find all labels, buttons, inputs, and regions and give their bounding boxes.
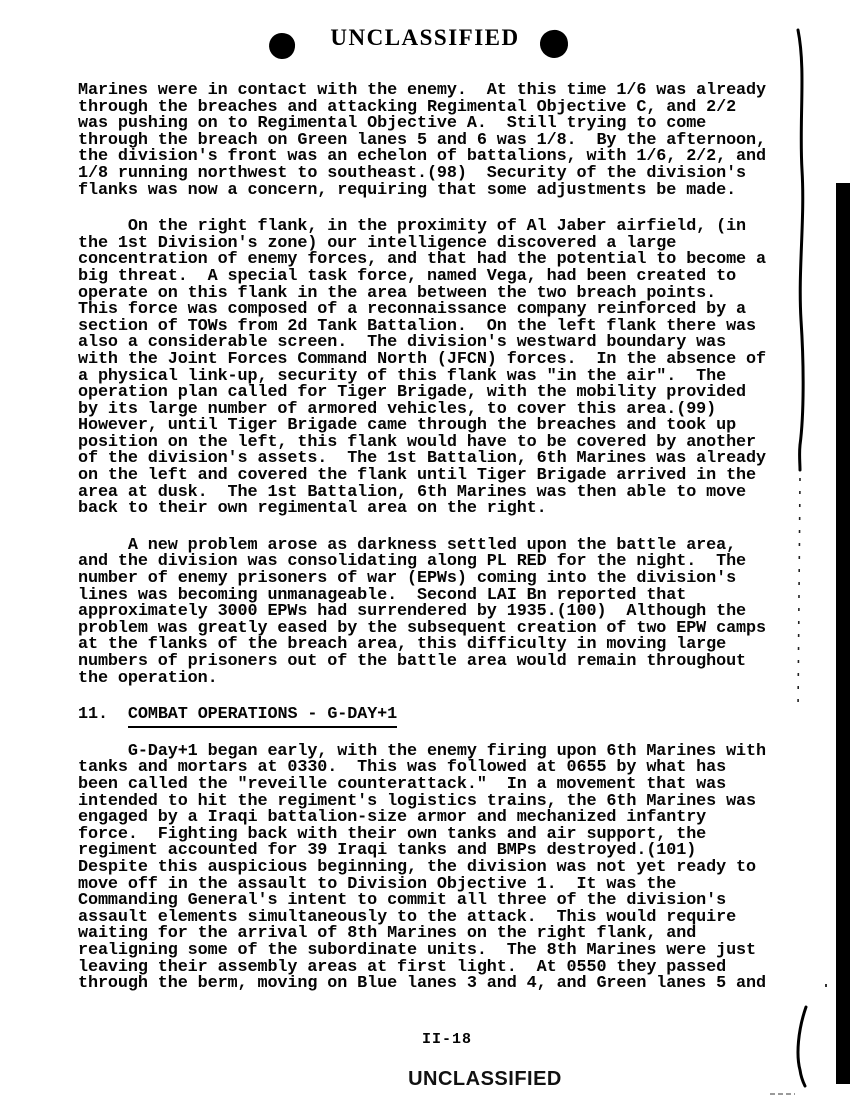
document-body: Marines were in contact with the enemy. … <box>78 83 792 1013</box>
classification-header-text: UNCLASSIFIED <box>330 25 519 50</box>
speck <box>825 984 827 987</box>
classification-footer-text: UNCLASSIFIED <box>0 1068 850 1091</box>
section-title: COMBAT OPERATIONS - G-DAY+1 <box>128 705 397 728</box>
page-header: UNCLASSIFIED <box>0 25 850 51</box>
page-edge-line-faint <box>798 478 800 712</box>
paragraph-4: G-Day+1 began early, with the enemy firi… <box>78 744 792 993</box>
paragraph-1: Marines were in contact with the enemy. … <box>78 83 792 199</box>
paragraph-3: A new problem arose as darkness settled … <box>78 538 792 687</box>
paragraph-2: On the right flank, in the proximity of … <box>78 219 792 518</box>
page-edge-line <box>798 30 803 470</box>
document-page: UNCLASSIFIED Marines were in contact wit… <box>0 0 850 1105</box>
section-heading: 11.COMBAT OPERATIONS - G-DAY+1 <box>78 707 792 724</box>
page-number: II-18 <box>78 1031 778 1048</box>
binding-bar <box>836 183 850 1084</box>
section-number: 11. <box>78 705 108 724</box>
